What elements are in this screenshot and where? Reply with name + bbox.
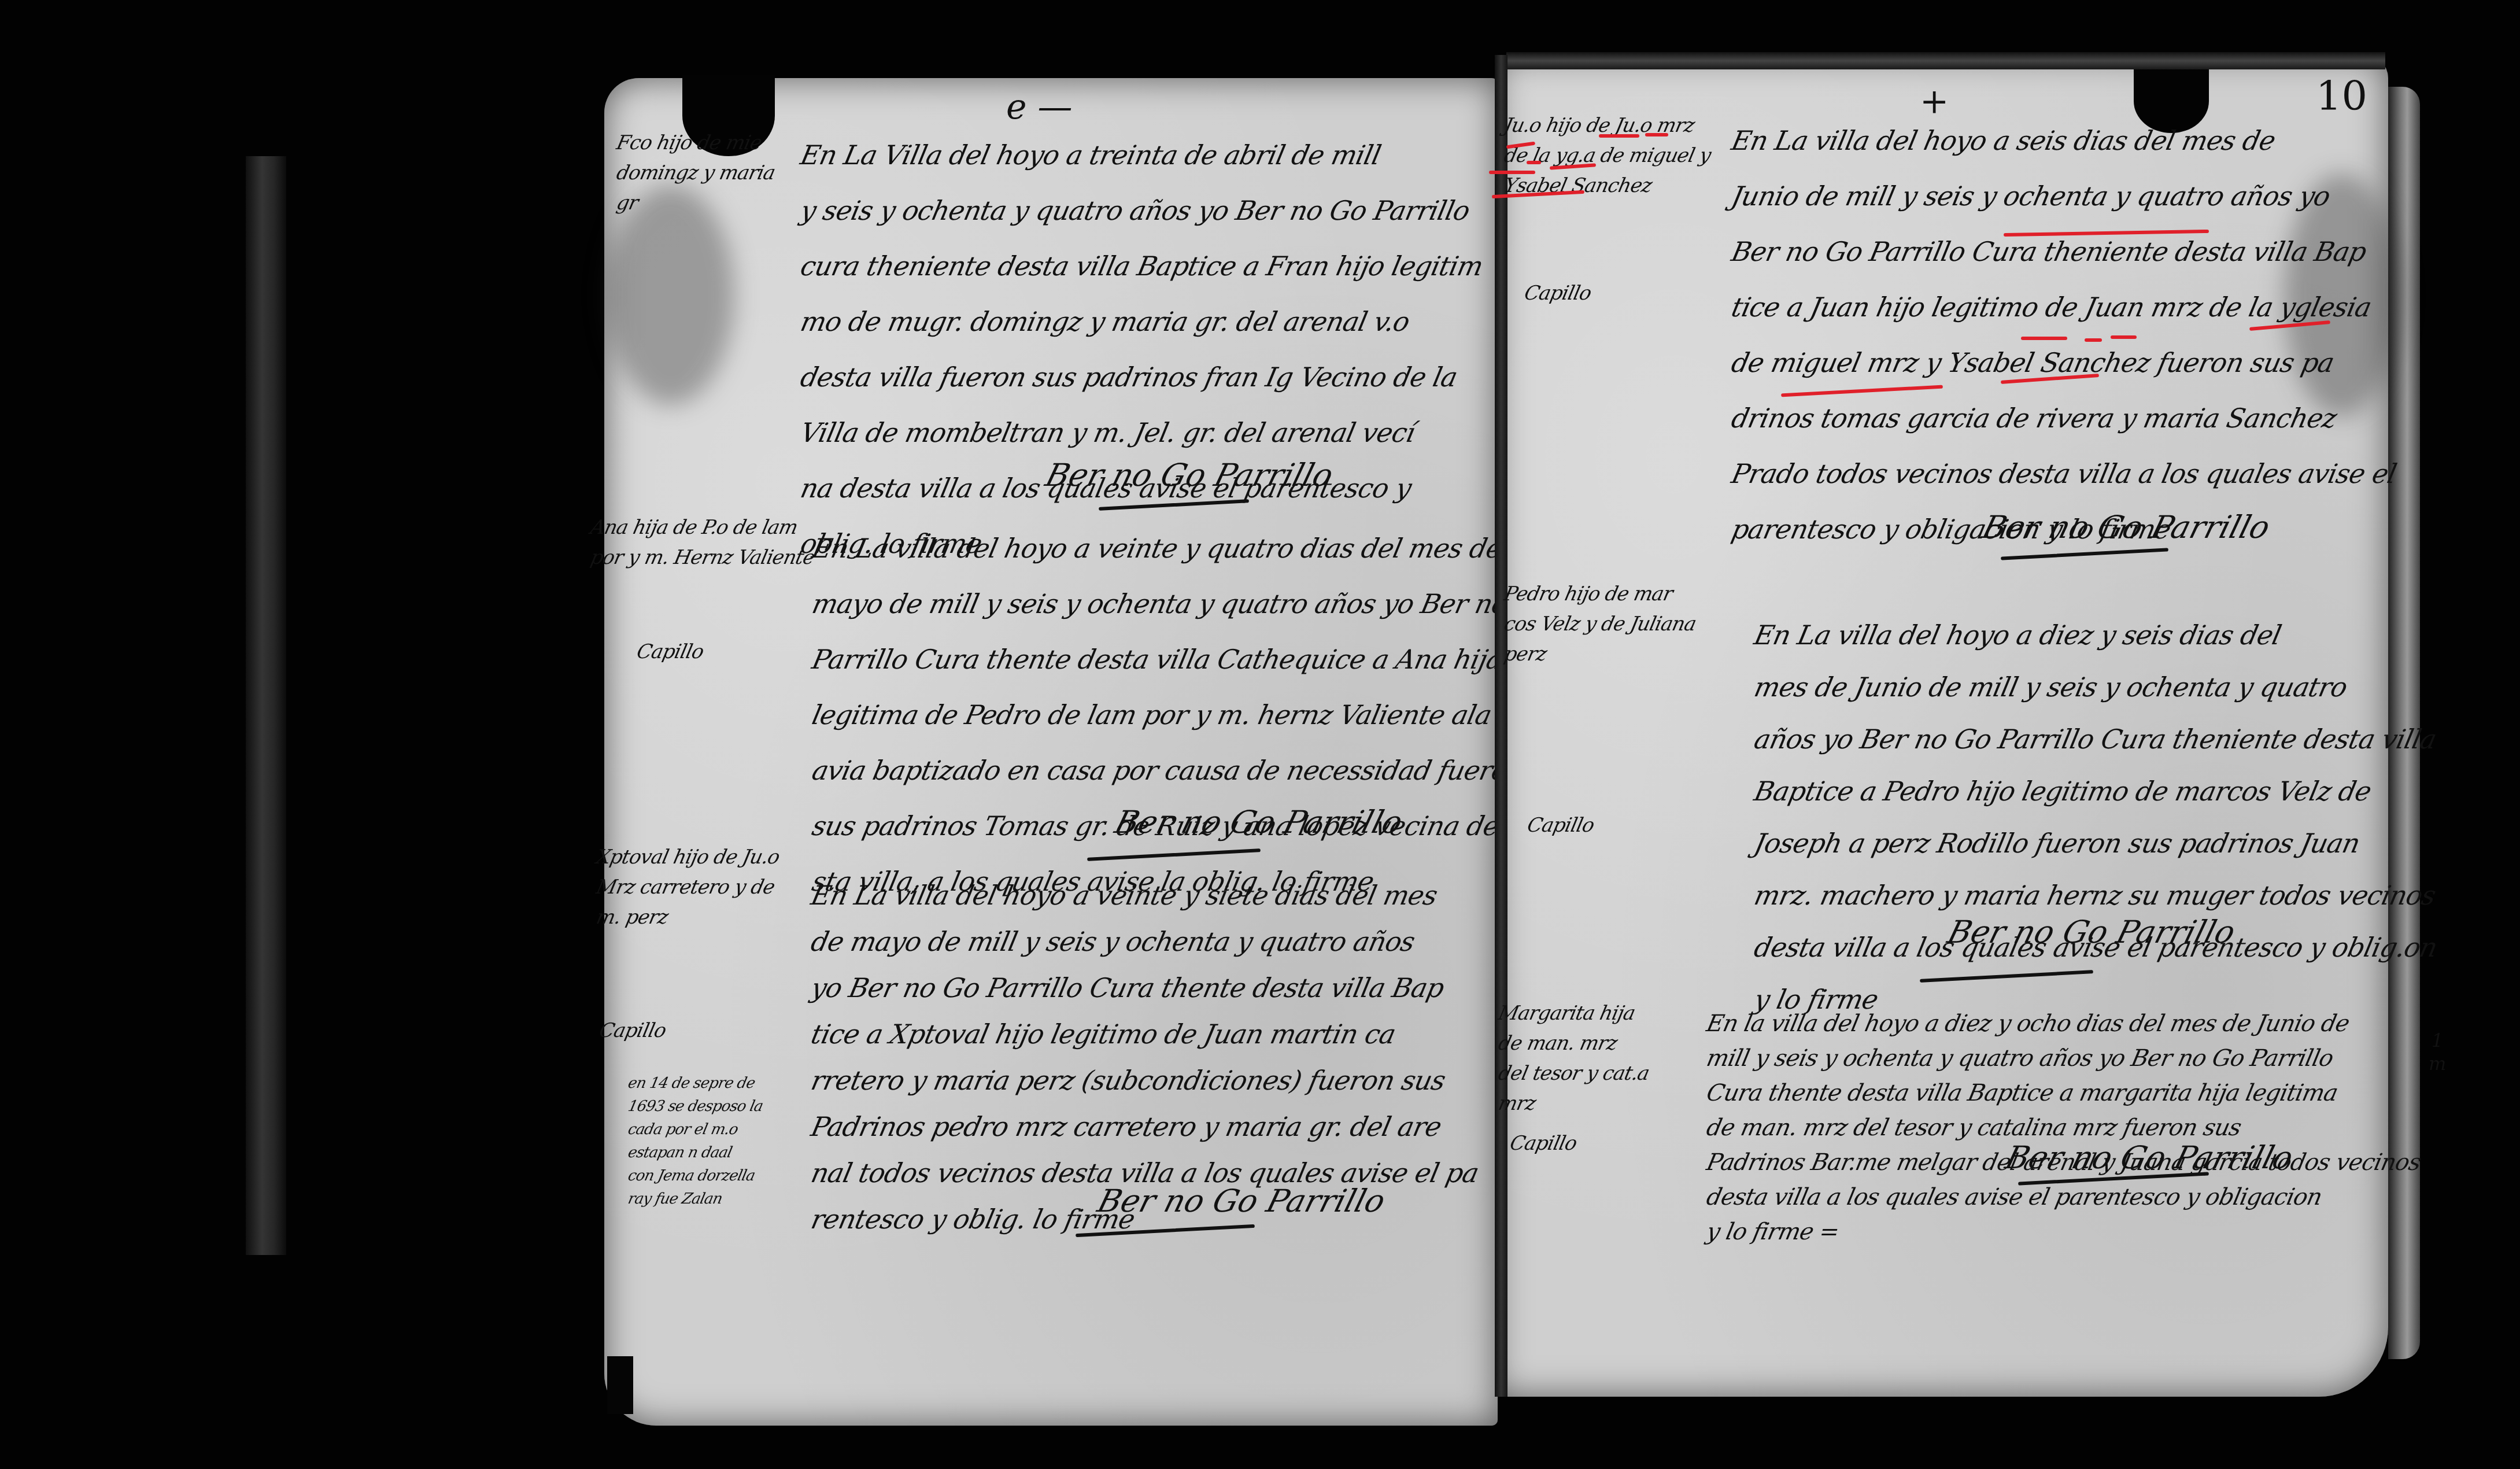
entry-line: desta villa fueron sus padrinos fran Ig … — [792, 364, 1486, 419]
entry-line: Parrillo Cura thente desta villa Cathequ… — [804, 646, 1558, 702]
margin-line: de man. mrz — [1494, 1034, 1650, 1064]
margin-line: gr — [612, 193, 777, 223]
entry-line: En La villa del hoyo a veinte y quatro d… — [804, 535, 1558, 590]
red-underline — [2085, 338, 2102, 342]
edge-mark: 1 — [2432, 1029, 2443, 1051]
margin-label: Capillo — [598, 1021, 664, 1051]
top-binding-edge — [1506, 52, 2385, 69]
entry-line: cura theniente desta villa Baptice a Fra… — [792, 253, 1486, 308]
margin-label-text: Capillo — [595, 1021, 667, 1051]
register-entry: En la villa del hoyo a diez y ocho dias … — [1706, 1012, 2419, 1255]
entry-line: En La Villa del hoyo a treinta de abril … — [792, 142, 1486, 197]
margin-label-text: Capillo — [1523, 815, 1595, 846]
red-underline — [1489, 171, 1535, 174]
entry-line: y seis y ochenta y quatro años yo Ber no… — [792, 197, 1486, 253]
entry-line: Padrinos pedro mrz carretero y maria gr.… — [804, 1113, 1481, 1160]
register-entry: En La villa del hoyo a diez y seis dias … — [1752, 622, 2434, 1038]
margin-note: Pedro hijo de mar cos Velz y de Juliana … — [1503, 584, 1694, 674]
margin-line: Xptoval hijo de Ju.o — [592, 847, 781, 877]
entry-line: de mayo de mill y seis y ochenta y quatr… — [804, 928, 1481, 975]
red-underline — [1527, 161, 1541, 164]
margin-line: Fco hijo de mie — [612, 133, 777, 163]
annotation-line: ray fue Zalan — [625, 1191, 764, 1215]
entry-line: legitima de Pedro de lam por y m. hernz … — [804, 702, 1558, 757]
margin-line: Mrz carretero y de — [592, 877, 781, 907]
page-tab — [607, 1356, 633, 1414]
entry-line: yo Ber no Go Parrillo Cura thente desta … — [804, 975, 1481, 1021]
priest-signature: Ber no Go Parrillo — [1944, 914, 2240, 950]
margin-label-text: Capillo — [633, 642, 705, 672]
margin-line: del tesor y cat.a — [1494, 1064, 1650, 1094]
register-entry: En La villa del hoyo a seis dias del mes… — [1729, 127, 2393, 571]
register-entry: En La Villa del hoyo a treinta de abril … — [798, 142, 1479, 586]
margin-line: perz — [1500, 644, 1697, 674]
entry-line: mayo de mill y seis y ochenta y quatro a… — [804, 590, 1558, 646]
entry-line: En La villa del hoyo a seis dias del mes… — [1723, 127, 2399, 183]
entry-line: En la villa del hoyo a diez y ocho dias … — [1702, 1012, 2423, 1047]
entry-line: Ber no Go Parrillo Cura theniente desta … — [1723, 238, 2399, 294]
annotation-line: cada por el m.o — [625, 1122, 764, 1145]
margin-note: Ana hija de P.o de lam por y m. Hernz Va… — [590, 518, 813, 578]
priest-signature: Ber no Go Parrillo — [2002, 1139, 2297, 1176]
red-underline — [1645, 133, 1668, 136]
red-underline — [1599, 134, 1639, 138]
margin-note: Xptoval hijo de Ju.o Mrz carretero y de … — [596, 847, 778, 937]
entry-line: Joseph a perz Rodillo fueron sus padrino… — [1746, 830, 2439, 882]
margin-line: m. perz — [592, 907, 781, 937]
margin-note: Margarita hija de man. mrz del tesor y c… — [1498, 1003, 1647, 1124]
edge-mark: m — [2429, 1053, 2446, 1075]
priest-signature: Ber no Go Parrillo — [1094, 1183, 1390, 1219]
margin-line: mrz — [1494, 1094, 1650, 1124]
margin-line: Pedro hijo de mar — [1500, 584, 1697, 614]
annotation-line: con Jema dorzella — [625, 1168, 764, 1191]
margin-label: Capillo — [1509, 1134, 1575, 1164]
entry-line: años yo Ber no Go Parrillo Cura thenient… — [1746, 726, 2439, 778]
left-header-mark: e — — [1006, 87, 1073, 127]
entry-line: rretero y maria perz (subcondiciones) fu… — [804, 1067, 1481, 1113]
entry-line: tice a Xptoval hijo legitimo de Juan mar… — [804, 1021, 1481, 1067]
entry-line: drinos tomas garcia de rivera y maria Sa… — [1723, 405, 2399, 460]
entry-line: Junio de mill y seis y ochenta y quatro … — [1723, 183, 2399, 238]
entry-line: y lo firme = — [1702, 1220, 2423, 1255]
margin-line: Ana hija de P.o de lam — [586, 518, 816, 548]
margin-label: Capillo — [636, 642, 702, 672]
right-header-mark: + — [1920, 81, 1949, 121]
margin-line: Ysabel Sanchez — [1500, 176, 1712, 206]
page-damage-hole — [2134, 69, 2209, 133]
book-spine-strip — [246, 156, 286, 1255]
entry-line: mes de Junio de mill y seis y ochenta y … — [1746, 674, 2439, 726]
entry-line: En La villa del hoyo a diez y seis dias … — [1746, 622, 2439, 674]
marriage-annotation: en 14 de sepre de 1693 se desposo la cad… — [627, 1076, 762, 1215]
annotation-line: estapan n daal — [625, 1145, 764, 1168]
book-gutter — [1495, 55, 1507, 1397]
margin-note: Fco hijo de mie domingz y maria gr — [616, 133, 774, 223]
priest-signature: Ber no Go Parrillo — [1111, 804, 1407, 840]
margin-label: Capillo — [1527, 815, 1592, 846]
folio-number: 10 — [2316, 72, 2367, 120]
entry-line: Cura thente desta villa Baptice a margar… — [1702, 1082, 2423, 1116]
entry-line: mo de mugr. domingz y maria gr. del aren… — [792, 308, 1486, 364]
entry-line: Prado todos vecinos desta villa a los qu… — [1723, 460, 2399, 516]
annotation-line: en 14 de sepre de — [625, 1076, 764, 1099]
annotation-line: 1693 se desposo la — [625, 1099, 764, 1122]
margin-label: Capillo — [1524, 283, 1590, 313]
margin-line: cos Velz y de Juliana — [1500, 614, 1697, 644]
priest-signature: Ber no Go Parrillo — [1042, 457, 1337, 493]
priest-signature: Ber no Go Parrillo — [1979, 509, 2274, 545]
margin-line: por y m. Hernz Valiente — [586, 548, 816, 578]
margin-line: domingz y maria — [612, 163, 777, 193]
entry-line: tice a Juan hijo legitimo de Juan mrz de… — [1723, 294, 2399, 349]
red-underline — [2021, 337, 2067, 340]
margin-label-text: Capillo — [1506, 1134, 1578, 1164]
entry-line: desta villa a los quales avise el parent… — [1702, 1186, 2423, 1220]
register-entry: En La villa del hoyo a veinte y quatro d… — [810, 535, 1552, 924]
margin-line: Margarita hija — [1494, 1003, 1650, 1034]
red-underline — [2111, 335, 2137, 339]
entry-line: En La villa del hoyo a veinte y siete di… — [804, 882, 1481, 928]
entry-line: mill y seis y ochenta y quatro años yo B… — [1702, 1047, 2423, 1082]
entry-line: Baptice a Pedro hijo legitimo de marcos … — [1746, 778, 2439, 830]
margin-label-text: Capillo — [1520, 283, 1592, 313]
